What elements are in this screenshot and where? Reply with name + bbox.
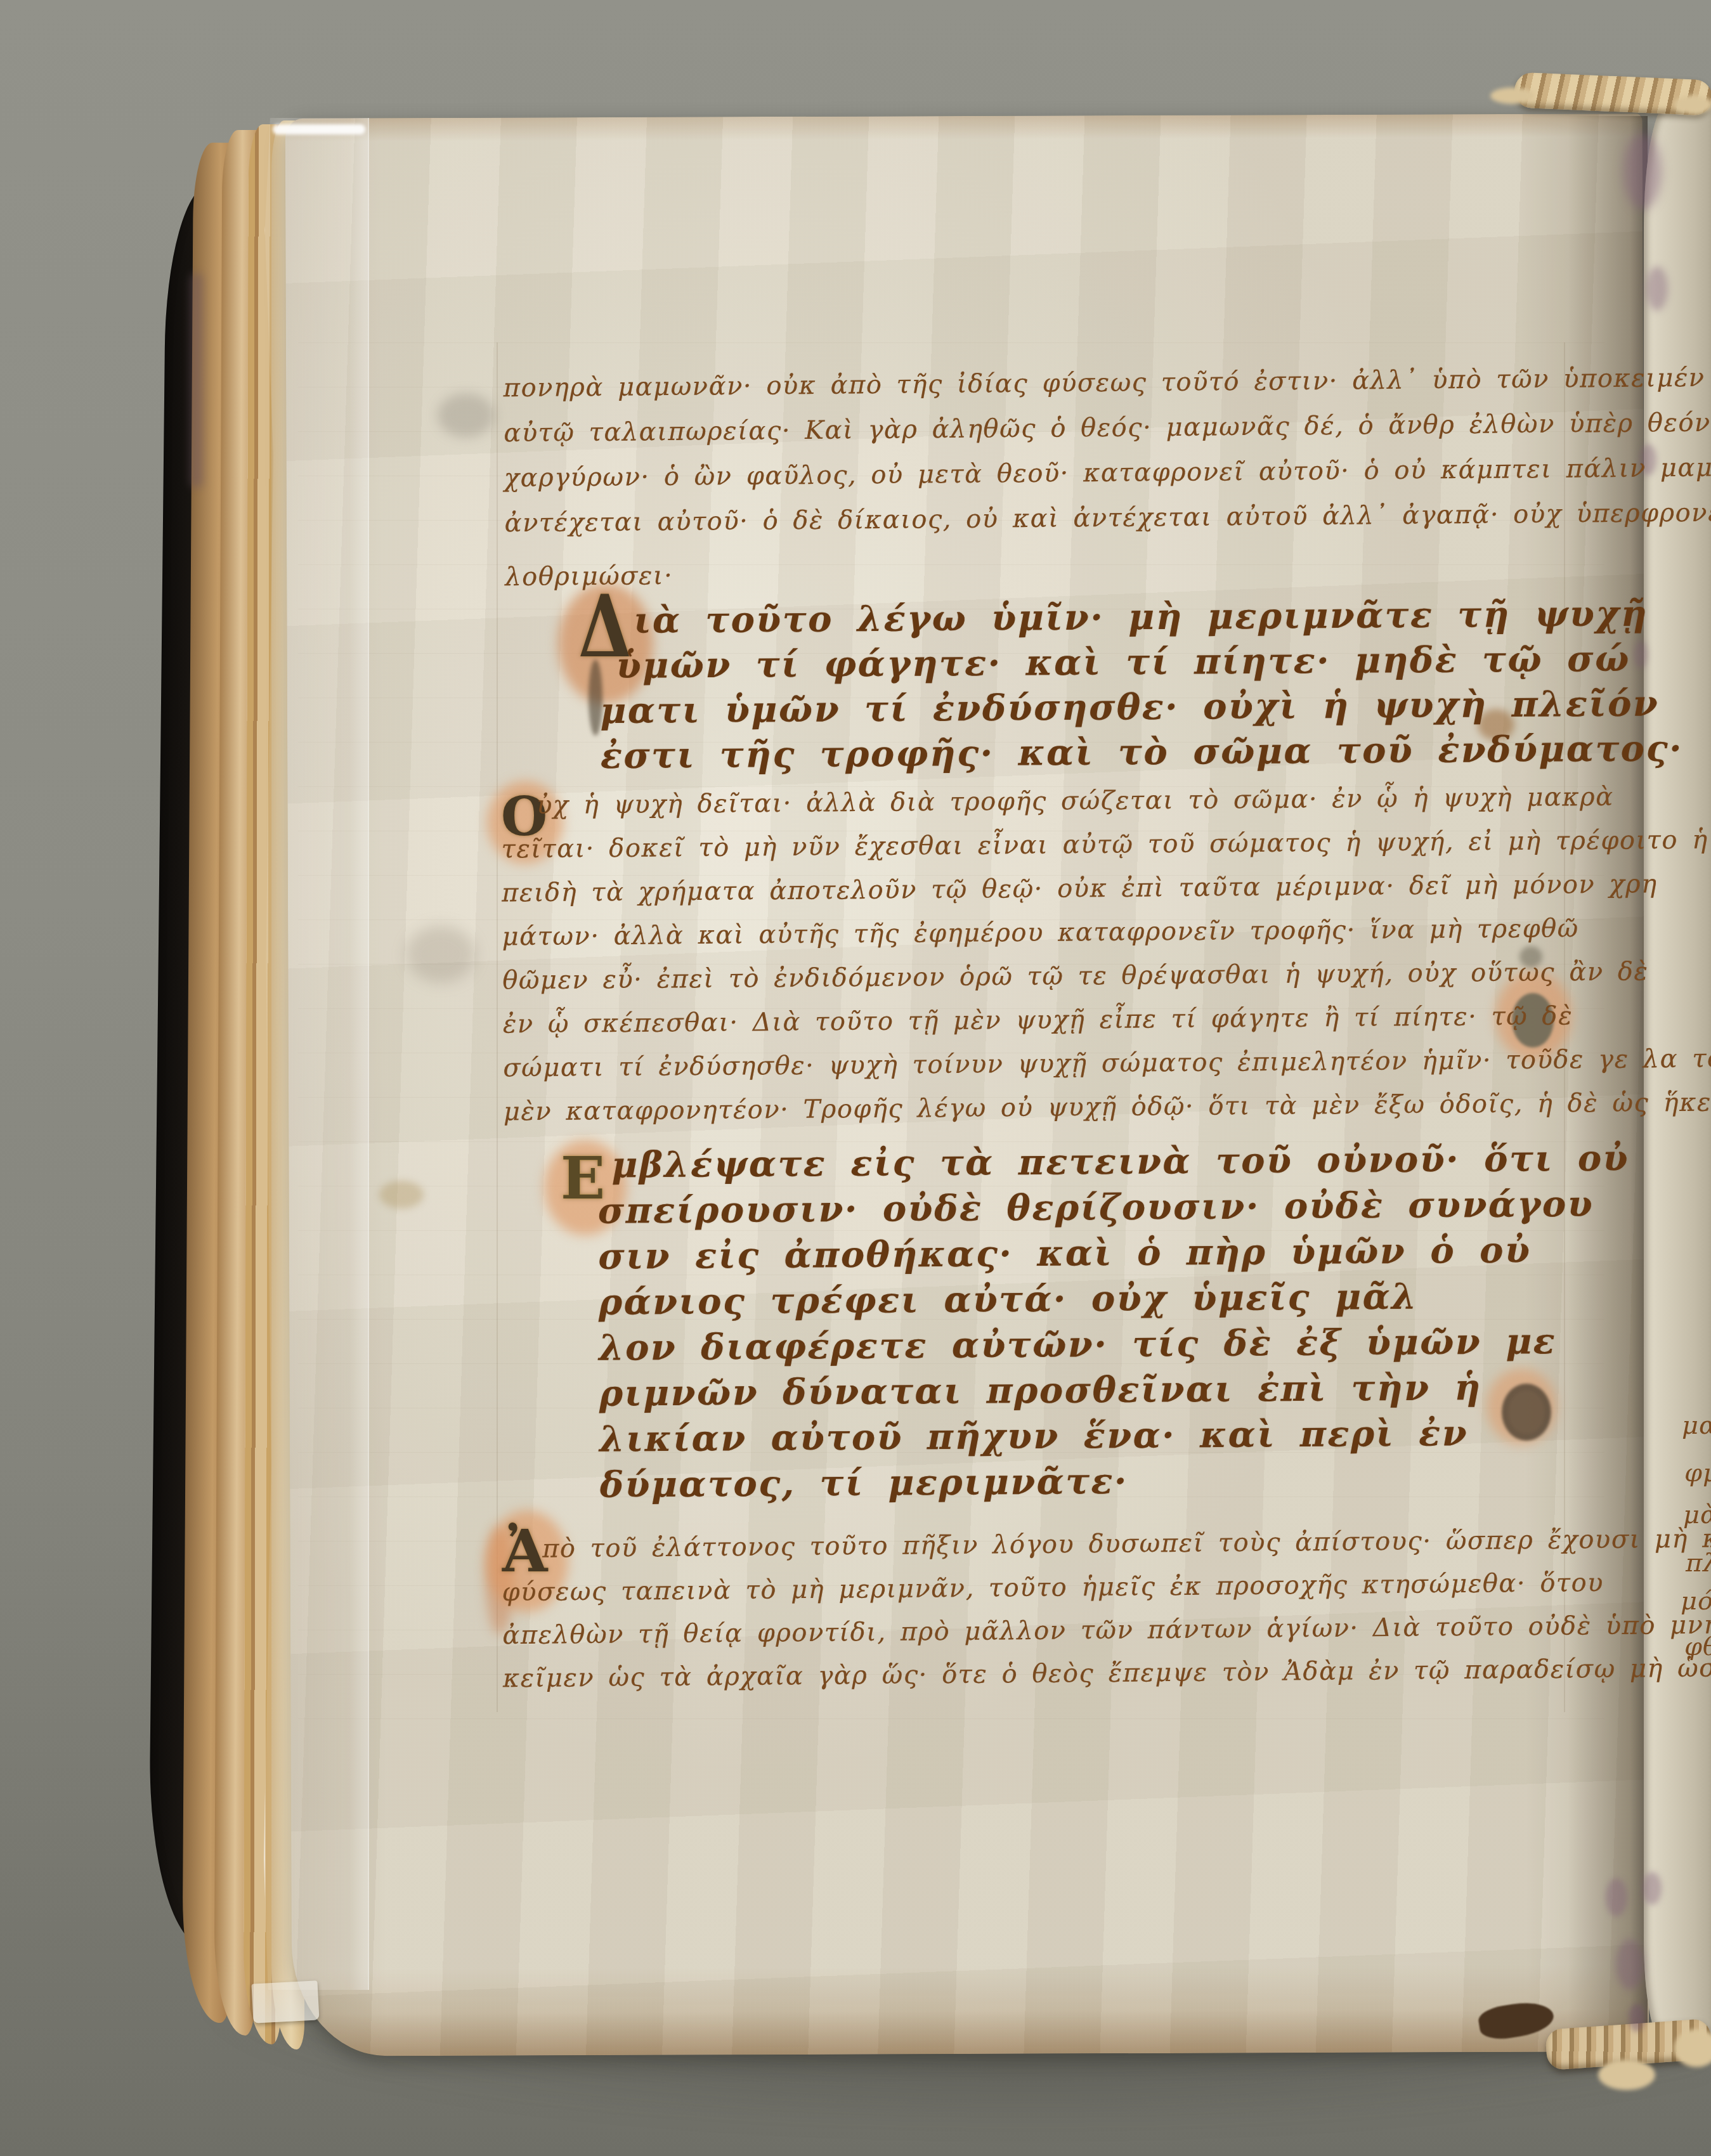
tape-hanging-tab: [251, 1980, 319, 2023]
manuscript-photo: { "scene": { "description": "Photograph …: [0, 0, 1711, 2156]
manuscript-line: ριμνῶν δύναται προσθεῖναι ἐπὶ τὴν ἡ: [599, 1363, 1631, 1416]
text-block-commentary-middle: ὐχ ἡ ψυχὴ δεῖται· ἀλλὰ διὰ τροφῆς σώζετα…: [537, 774, 1711, 1134]
facing-page-text-fragment: μόμ: [1681, 1587, 1711, 1616]
manuscript-line: ἐστι τῆς τροφῆς· καὶ τὸ σῶμα τοῦ ἐνδύματ…: [601, 726, 1684, 779]
manuscript-line: μβλέψατε εἰς τὰ πετεινὰ τοῦ οὐνοῦ· ὅτι ο…: [611, 1135, 1629, 1188]
manuscript-line: δύματος, τί μεριμνᾶτε·: [600, 1455, 1632, 1507]
text-block-gospel-1: ιὰ τοῦτο λέγω ὑμῖν· μὴ μεριμνᾶτε τῇ ψυχῇ…: [634, 591, 1683, 779]
manuscript-line: σπείρουσιν· οὐδὲ θερίζουσιν· οὐδὲ συνάγο…: [598, 1181, 1630, 1233]
conservation-tape-strip: [264, 118, 369, 1990]
faint-blotch: [406, 926, 476, 983]
faint-blotch: [379, 1181, 424, 1209]
manuscript-line: ματι ὑμῶν τί ἐνδύσησθε· οὐχὶ ἡ ψυχὴ πλεῖ…: [600, 681, 1683, 734]
manuscript-line: ὑμῶν τί φάγητε· καὶ τί πίητε· μηδὲ τῷ σώ: [616, 636, 1683, 689]
gutter-stain: [1646, 266, 1668, 311]
manuscript-line: λον διαφέρετε αὐτῶν· τίς δὲ ἐξ ὑμῶν με: [599, 1318, 1630, 1370]
headband-fray: [1490, 88, 1535, 104]
gutter-stain: [1616, 1939, 1644, 1990]
gutter-stain: [1629, 2004, 1645, 2032]
tape-gloss-highlight: [273, 124, 365, 134]
faint-blotch: [438, 393, 495, 438]
facing-page-text-fragment: φθ: [1684, 1632, 1711, 1661]
facing-page-text-fragment: μα: [1682, 1411, 1711, 1440]
text-block-gospel-2: μβλέψατε εἰς τὰ πετεινὰ τοῦ οὐνοῦ· ὅτι ο…: [611, 1135, 1632, 1507]
gutter-stain: [1623, 133, 1662, 209]
leaf-edge-stain: [190, 273, 203, 488]
gutter-stain: [1606, 1878, 1627, 1916]
manuscript-line: σιν εἰς ἀποθήκας· καὶ ὁ πὴρ ὑμῶν ὁ οὐ: [598, 1226, 1630, 1279]
headband-fray: [1674, 95, 1711, 114]
manuscript-line: λικίαν αὐτοῦ πῆχυν ἕνα· καὶ περὶ ἐν: [599, 1409, 1631, 1462]
facing-page-text-fragment: φμ: [1684, 1458, 1711, 1488]
facing-page-text-fragment: πλ: [1686, 1549, 1711, 1578]
gutter-stain: [1643, 1872, 1662, 1905]
text-block-commentary-bottom: πὸ τοῦ ἐλάττονος τοῦτο πῆξιν λόγου δυσωπ…: [542, 1516, 1711, 1699]
facing-page-text-fragment: μὰ: [1683, 1500, 1711, 1529]
manuscript-line: ράνιος τρέφει αὐτά· οὐχ ὑμεῖς μᾶλ: [599, 1272, 1630, 1325]
tailband-fray: [1598, 2060, 1655, 2090]
text-block-commentary-top: πονηρὰ μαμωνᾶν· οὐκ ἀπὸ τῆς ἰδίας φύσεως…: [503, 354, 1711, 601]
manuscript-line: ιὰ τοῦτο λέγω ὑμῖν· μὴ μεριμνᾶτε τῇ ψυχῇ: [634, 591, 1682, 644]
